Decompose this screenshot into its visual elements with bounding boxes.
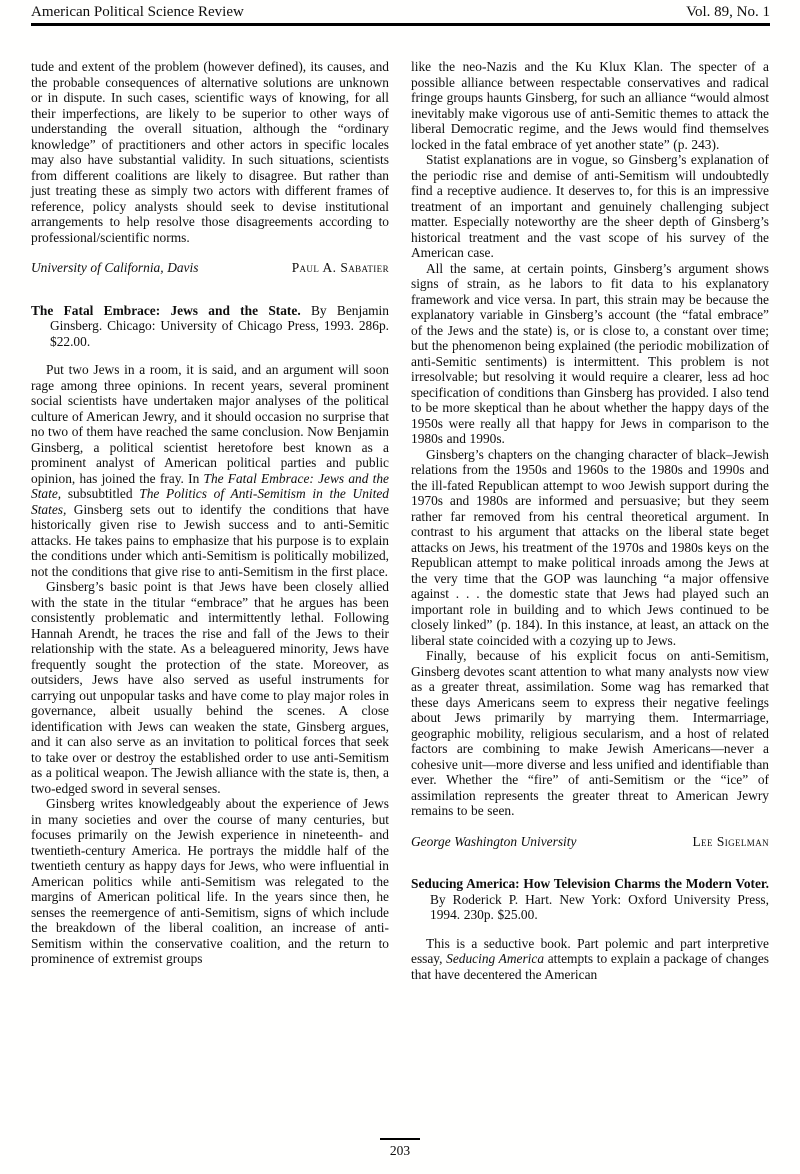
citation-text: By Roderick P. Hart. New York: Oxford Un… — [430, 892, 769, 923]
reviewer-name: Paul A. Sabatier — [292, 260, 389, 276]
text-segment: like the neo-Nazis and the Ku Klux Klan.… — [411, 59, 769, 152]
reviewer-affiliation: University of California, Davis — [31, 260, 198, 276]
body-paragraph: This is a seductive book. Part polemic a… — [411, 936, 769, 983]
page-columns: tude and extent of the problem (however … — [0, 26, 800, 982]
text-segment: Statist explanations are in vogue, so Gi… — [411, 152, 769, 260]
book-review-heading: The Fatal Embrace: Jews and the State. B… — [31, 303, 389, 350]
body-paragraph: Finally, because of his explicit focus o… — [411, 648, 769, 819]
text-segment: tude and extent of the problem (however … — [31, 59, 389, 245]
text-segment: Finally, because of his explicit focus o… — [411, 648, 769, 818]
running-header: American Political Science Review Vol. 8… — [0, 0, 800, 21]
text-segment: Ginsberg’s basic point is that Jews have… — [31, 579, 389, 796]
text-segment: All the same, at certain points, Ginsber… — [411, 261, 769, 447]
text-segment: Ginsberg sets out to identify the condit… — [31, 502, 389, 579]
footer-rule — [380, 1138, 420, 1140]
body-paragraph: Ginsberg writes knowledgeably about the … — [31, 796, 389, 967]
text-segment: subsubtitled — [61, 486, 139, 501]
body-paragraph: Ginsberg’s chapters on the changing char… — [411, 447, 769, 649]
review-attribution: George Washington UniversityLee Sigelman — [411, 834, 769, 850]
review-attribution: University of California, DavisPaul A. S… — [31, 260, 389, 276]
reviewer-name: Lee Sigelman — [692, 834, 769, 850]
issue-label: Vol. 89, No. 1 — [686, 3, 770, 21]
text-segment: Ginsberg writes knowledgeably about the … — [31, 796, 389, 966]
body-paragraph: All the same, at certain points, Ginsber… — [411, 261, 769, 447]
book-title: The Fatal Embrace: Jews and the State. — [31, 303, 301, 318]
page-number: 203 — [0, 1143, 800, 1159]
body-paragraph: like the neo-Nazis and the Ku Klux Klan.… — [411, 59, 769, 152]
journal-page: American Political Science Review Vol. 8… — [0, 0, 800, 1174]
book-review-heading: Seducing America: How Television Charms … — [411, 876, 769, 923]
text-segment: Put two Jews in a room, it is said, and … — [31, 362, 389, 486]
page-footer: 203 — [0, 1138, 800, 1159]
body-paragraph: Statist explanations are in vogue, so Gi… — [411, 152, 769, 261]
book-title: Seducing America: How Television Charms … — [411, 876, 769, 891]
text-segment: Seducing America — [446, 951, 544, 966]
reviewer-affiliation: George Washington University — [411, 834, 576, 850]
text-segment: Ginsberg’s chapters on the changing char… — [411, 447, 769, 648]
body-paragraph: Put two Jews in a room, it is said, and … — [31, 362, 389, 579]
body-paragraph: tude and extent of the problem (however … — [31, 59, 389, 245]
right-column: like the neo-Nazis and the Ku Klux Klan.… — [411, 59, 769, 982]
left-column: tude and extent of the problem (however … — [31, 59, 389, 982]
body-paragraph: Ginsberg’s basic point is that Jews have… — [31, 579, 389, 796]
journal-title: American Political Science Review — [31, 3, 244, 21]
